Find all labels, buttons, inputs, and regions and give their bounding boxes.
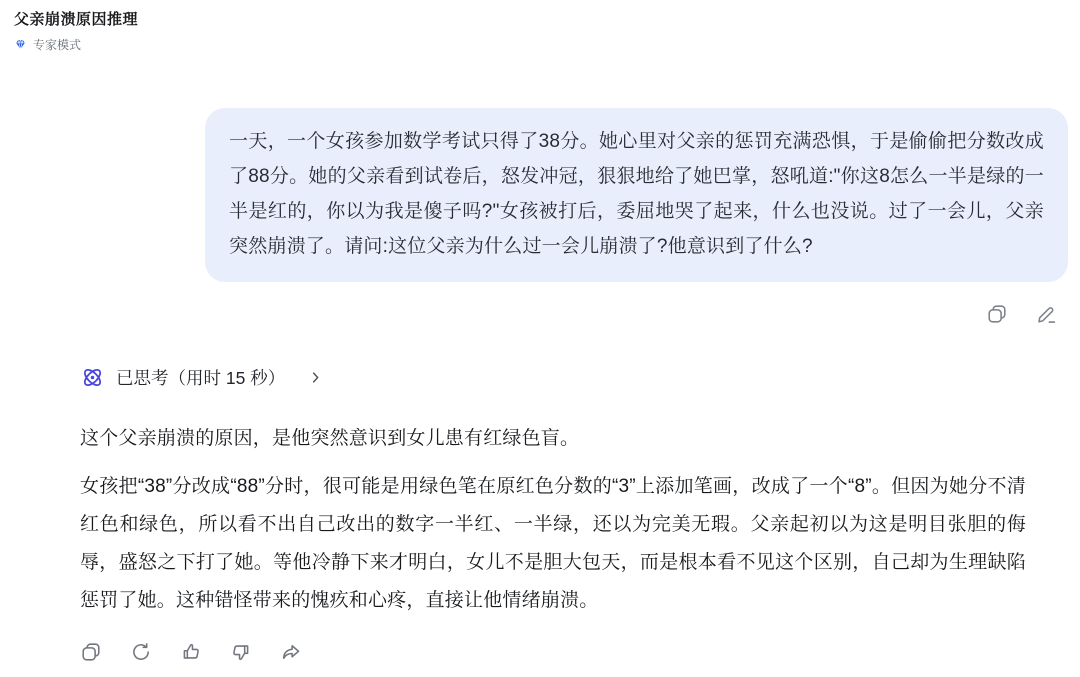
share-button[interactable] xyxy=(280,641,302,663)
regenerate-button[interactable] xyxy=(130,641,152,663)
pencil-icon xyxy=(1036,303,1058,325)
assistant-paragraph: 女孩把“38”分改成“88”分时，很可能是用绿色笔在原红色分数的“3”上添加笔画… xyxy=(80,468,1026,620)
thinking-summary[interactable]: 已思考（用时 15 秒） xyxy=(80,365,323,390)
copy-response-button[interactable] xyxy=(80,641,102,663)
refresh-icon xyxy=(130,641,152,663)
copy-icon xyxy=(80,641,102,663)
thinking-label: 已思考（用时 15 秒） xyxy=(116,365,285,390)
gem-icon xyxy=(14,38,27,51)
edit-button[interactable] xyxy=(1036,303,1058,325)
user-message-bubble: 一天，一个女孩参加数学考试只得了38分。她心里对父亲的惩罚充满恐惧，于是偷偷把分… xyxy=(205,108,1068,282)
atom-icon xyxy=(80,365,105,390)
conversation-header: 父亲崩溃原因推理 专家模式 xyxy=(14,8,138,53)
user-message-actions xyxy=(986,303,1058,325)
response-toolbar xyxy=(80,641,302,663)
share-icon xyxy=(280,641,302,663)
user-message-text: 一天，一个女孩参加数学考试只得了38分。她心里对父亲的惩罚充满恐惧，于是偷偷把分… xyxy=(229,131,1044,257)
mode-label: 专家模式 xyxy=(33,36,81,53)
thumbs-down-icon xyxy=(230,641,252,663)
assistant-paragraph: 这个父亲崩溃的原因，是他突然意识到女儿患有红绿色盲。 xyxy=(80,420,1026,458)
chevron-right-icon[interactable] xyxy=(308,370,323,385)
copy-icon xyxy=(986,303,1008,325)
thumbs-up-button[interactable] xyxy=(180,641,202,663)
copy-button[interactable] xyxy=(986,303,1008,325)
mode-badge: 专家模式 xyxy=(14,36,138,53)
page-title: 父亲崩溃原因推理 xyxy=(14,8,138,29)
thumbs-down-button[interactable] xyxy=(230,641,252,663)
thumbs-up-icon xyxy=(180,641,202,663)
